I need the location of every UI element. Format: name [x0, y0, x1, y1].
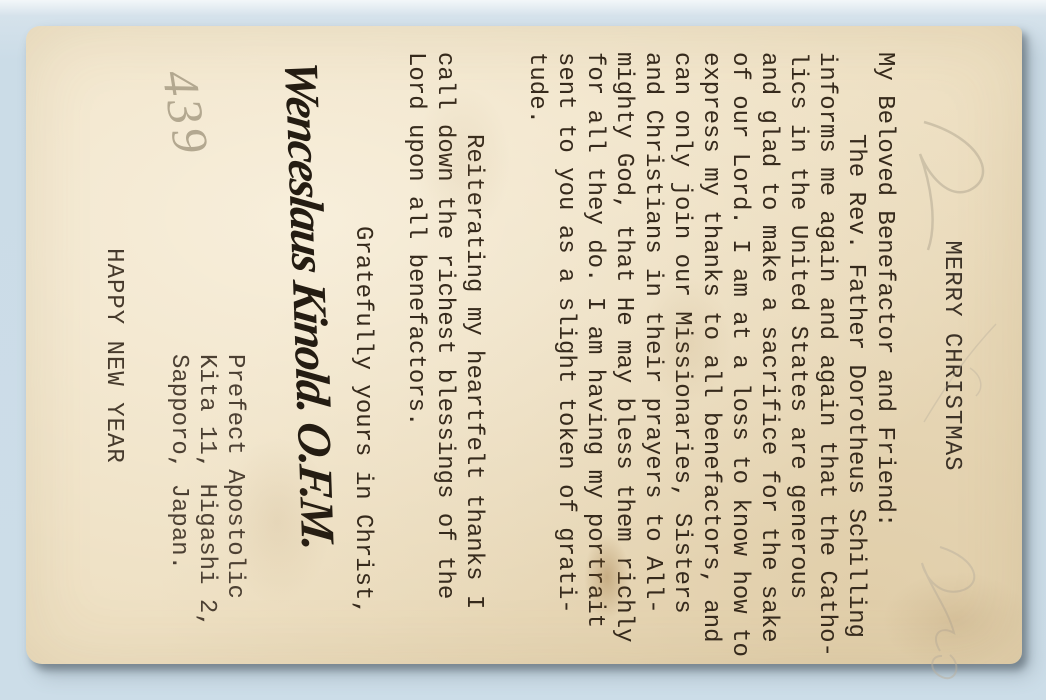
- message-line: tude.: [522, 52, 551, 660]
- address-line: Sapporo, Japan.: [164, 354, 192, 660]
- postcard: MERRY CHRISTMAS My Beloved Benefactor an…: [26, 26, 1022, 664]
- postcard-content: MERRY CHRISTMAS My Beloved Benefactor an…: [26, 26, 1022, 664]
- message-line: lics in the United States are generous: [783, 52, 812, 660]
- address-line: Kita 11, Higashi 2,: [192, 354, 220, 660]
- message-line: for all they do. I am having my portrait: [580, 52, 609, 660]
- message-line: express my thanks to all benefactors, an…: [696, 52, 725, 660]
- message-line: mighty God, that He may bless them richl…: [609, 52, 638, 660]
- photo-background: MERRY CHRISTMAS My Beloved Benefactor an…: [0, 0, 1046, 700]
- message-line: and glad to make a sacrifice for the sak…: [754, 52, 783, 660]
- closing-line: call down the richest blessings of the: [430, 52, 459, 660]
- closing-line: Lord upon all benefactors.: [401, 52, 430, 660]
- message-paragraph: The Rev. Father Dorotheus Schilling info…: [522, 52, 870, 660]
- happy-new-year-heading: HAPPY NEW YEAR: [99, 52, 128, 660]
- message-line: can only join our Missionaries, Sisters: [667, 52, 696, 660]
- message-line: of our Lord. I am at a loss to know how …: [725, 52, 754, 660]
- closing-paragraph: Reiterating my heartfelt thanks I call d…: [401, 52, 488, 660]
- pencil-scribble: [908, 541, 1008, 691]
- salutation: My Beloved Benefactor and Friend:: [870, 52, 899, 660]
- pencil-code-mark: 439: [164, 68, 206, 158]
- pencil-scribble: [896, 110, 1006, 260]
- message-line: and Christians in their prayers to All-: [638, 52, 667, 660]
- message-line: informs me again and again that the Cath…: [812, 52, 841, 660]
- message-line: The Rev. Father Dorotheus Schilling: [841, 52, 870, 660]
- pencil-scribble: [914, 316, 1004, 436]
- message-line: sent to you as a slight token of grati-: [551, 52, 580, 660]
- address-line: Prefect Apostolic: [220, 354, 248, 660]
- closing-line: Reiterating my heartfelt thanks I: [459, 52, 488, 660]
